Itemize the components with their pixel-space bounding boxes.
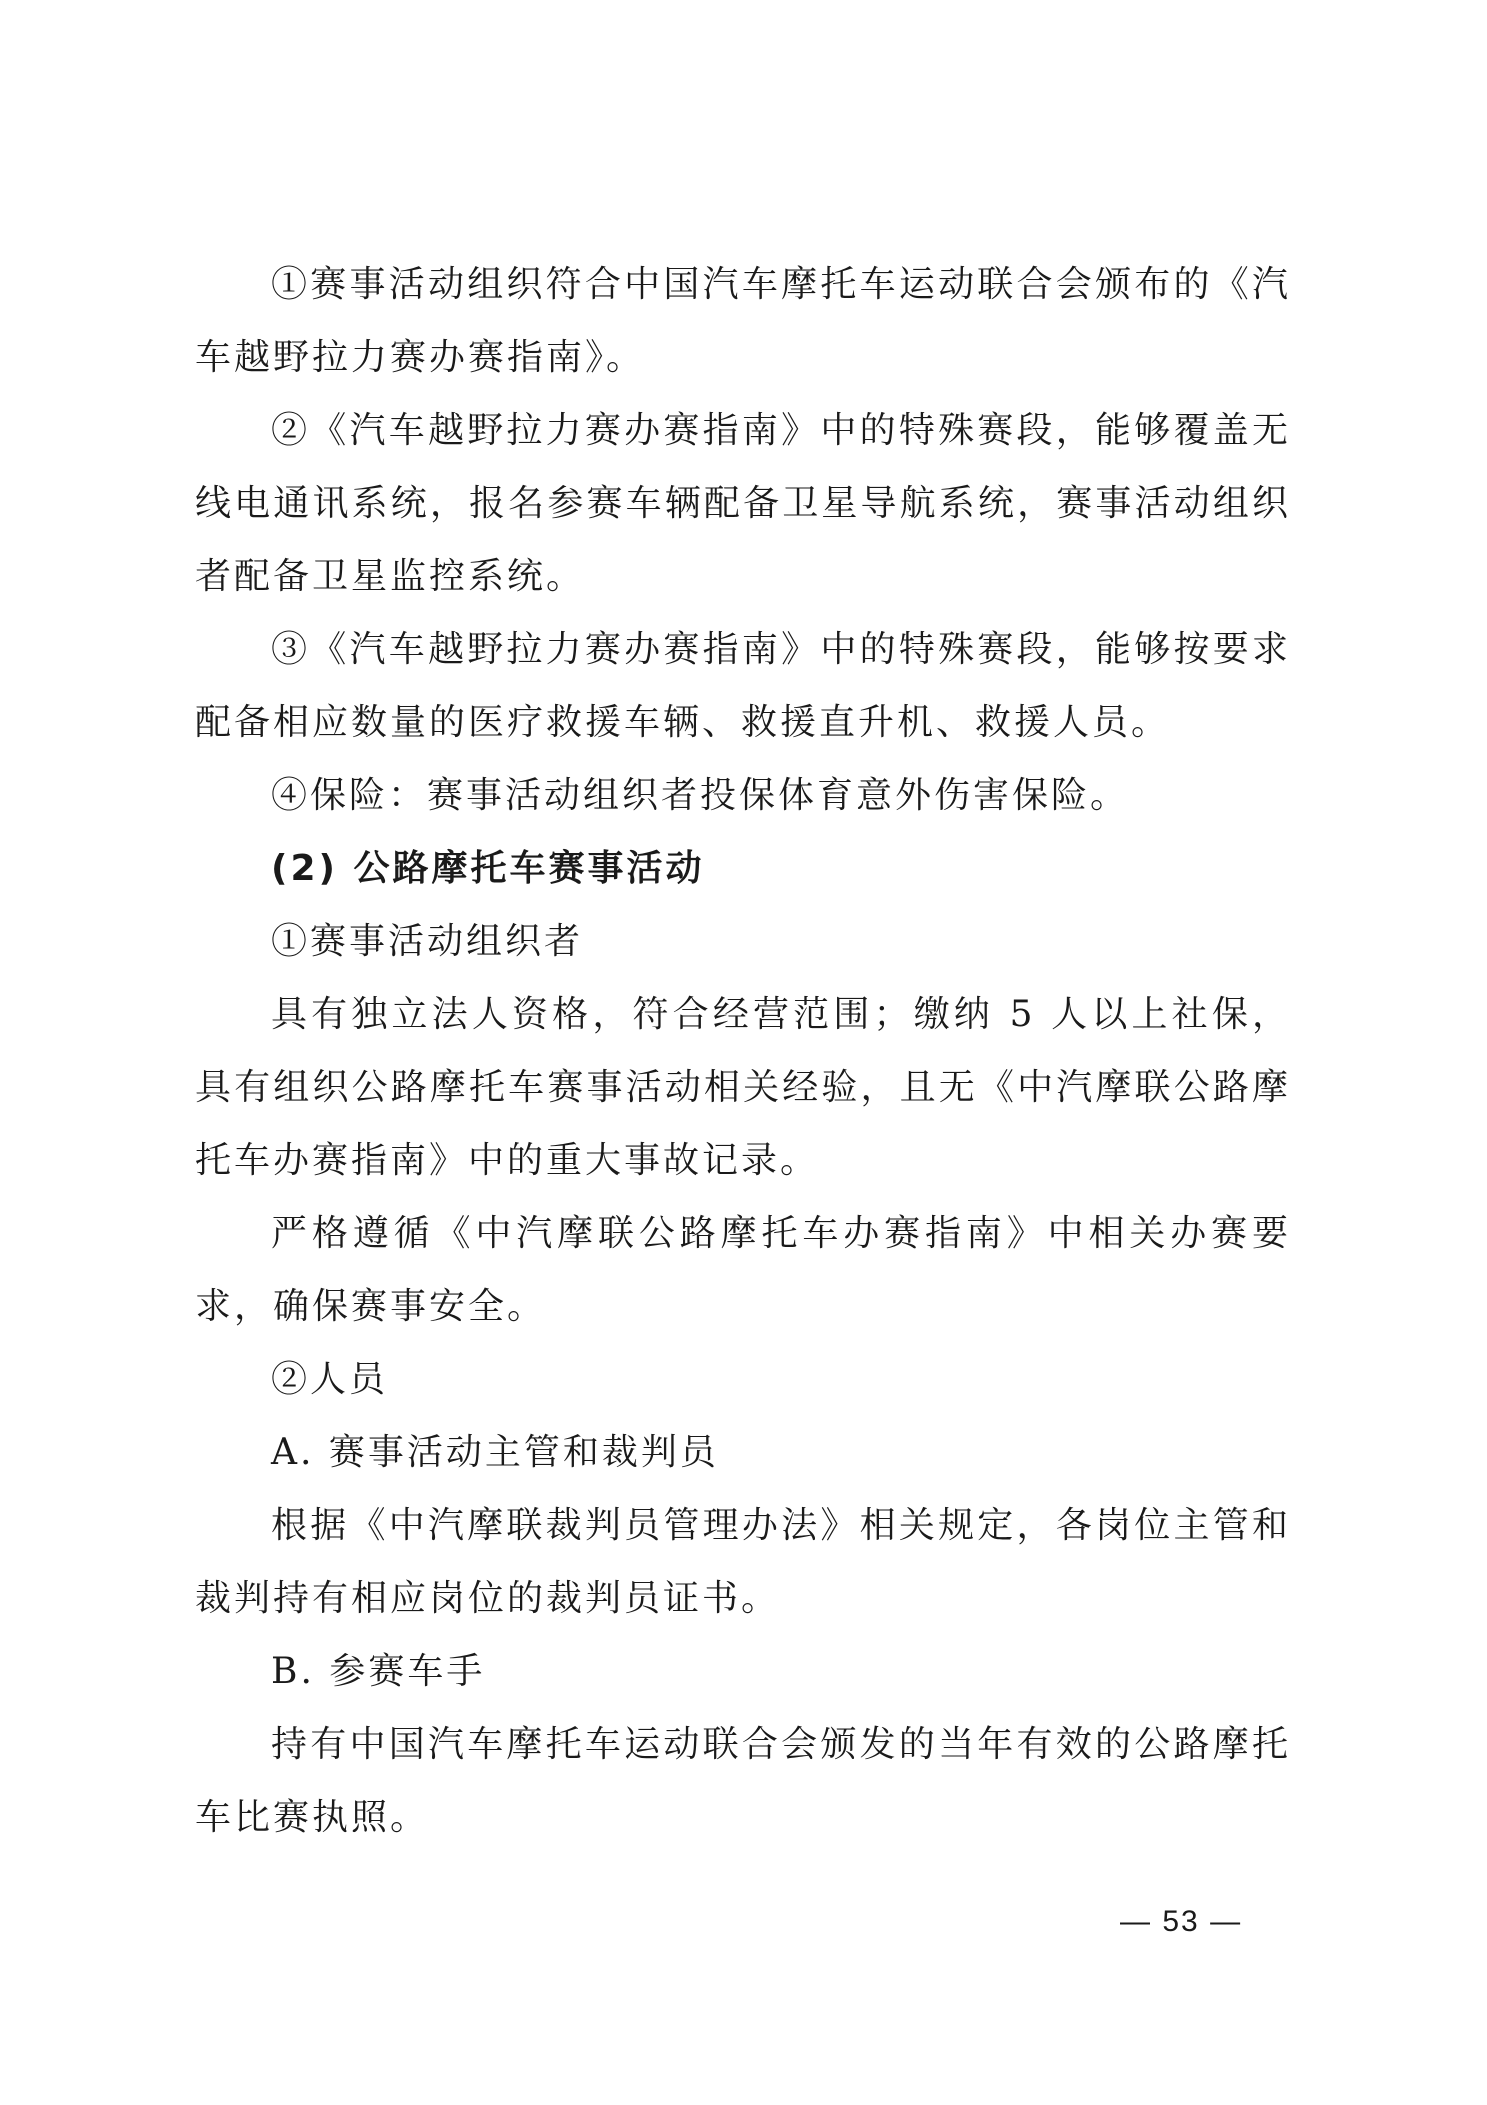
page-number-prefix: — — [1120, 1905, 1152, 1938]
page-number-suffix: — — [1210, 1905, 1242, 1938]
list-item-event-organizer: ①赛事活动组织者 — [195, 905, 1291, 978]
paragraph-referee-certificates: 根据《中汽摩联裁判员管理办法》相关规定，各岗位主管和裁判持有相应岗位的裁判员证书… — [195, 1489, 1291, 1635]
paragraph-rider-license: 持有中国汽车摩托车运动联合会颁发的当年有效的公路摩托车比赛执照。 — [195, 1708, 1291, 1854]
section-heading-road-motorcycle: (2) 公路摩托车赛事活动 — [195, 832, 1291, 905]
page-number: — 53 — — [1120, 1905, 1242, 1939]
list-item-rally-guide-compliance: ①赛事活动组织符合中国汽车摩托车运动联合会颁布的《汽车越野拉力赛办赛指南》。 — [195, 248, 1291, 394]
subheading-riders: B. 参赛车手 — [195, 1635, 1291, 1708]
paragraph-organizer-qualifications: 具有独立法人资格，符合经营范围；缴纳 5 人以上社保，具有组织公路摩托车赛事活动… — [195, 978, 1291, 1197]
list-item-communication-systems: ②《汽车越野拉力赛办赛指南》中的特殊赛段，能够覆盖无线电通讯系统，报名参赛车辆配… — [195, 394, 1291, 613]
page-number-value: 53 — [1162, 1905, 1199, 1938]
list-item-personnel: ②人员 — [195, 1343, 1291, 1416]
subheading-supervisors-referees: A. 赛事活动主管和裁判员 — [195, 1416, 1291, 1489]
paragraph-safety-requirements: 严格遵循《中汽摩联公路摩托车办赛指南》中相关办赛要求，确保赛事安全。 — [195, 1197, 1291, 1343]
list-item-medical-rescue: ③《汽车越野拉力赛办赛指南》中的特殊赛段，能够按要求配备相应数量的医疗救援车辆、… — [195, 613, 1291, 759]
document-page: ①赛事活动组织符合中国汽车摩托车运动联合会颁布的《汽车越野拉力赛办赛指南》。 ②… — [195, 248, 1291, 1854]
list-item-insurance: ④保险：赛事活动组织者投保体育意外伤害保险。 — [195, 759, 1291, 832]
